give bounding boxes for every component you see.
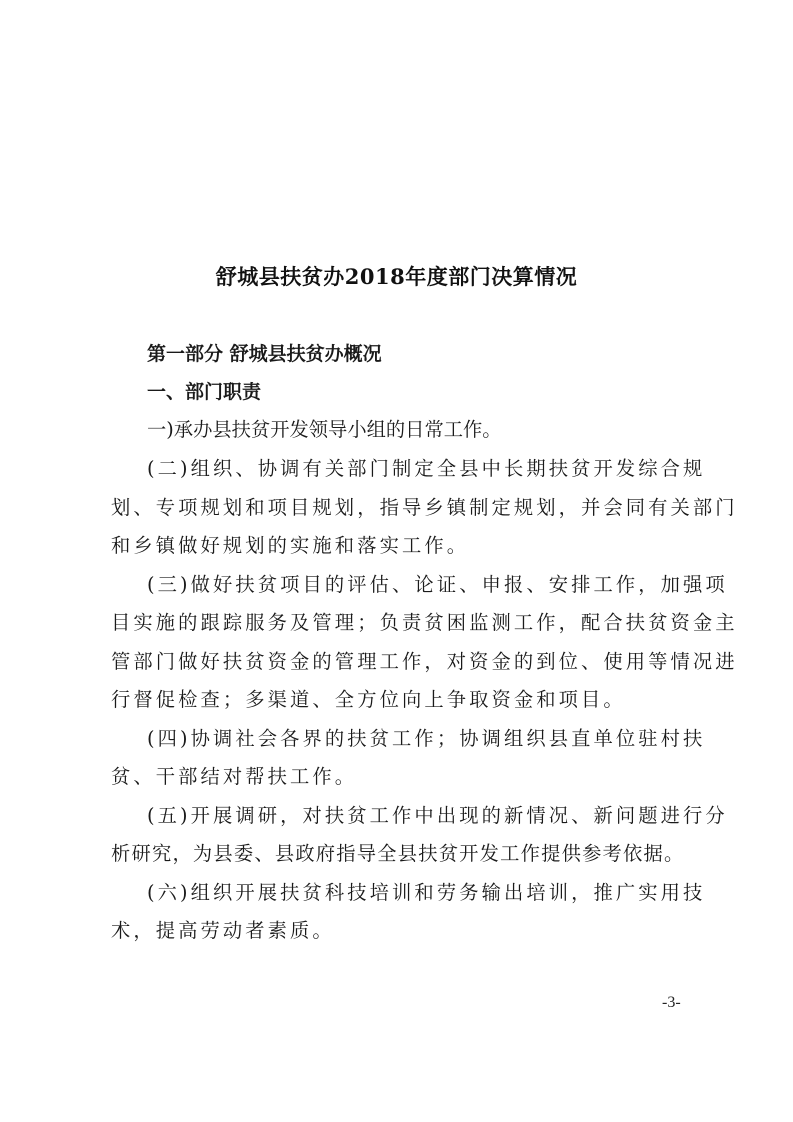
duty-4-line-2: 贫、干部结对帮扶工作。 [111, 764, 691, 790]
duty-3-line-2: 目实施的跟踪服务及管理；负责贫困监测工作，配合扶贫资金主 [111, 610, 691, 636]
document-page: 舒城县扶贫办2018年度部门决算情况 第一部分 舒城县扶贫办概况 一、部门职责 … [0, 0, 793, 1122]
duty-2-line-1: (二)组织、协调有关部门制定全县中长期扶贫开发综合规 [147, 456, 727, 482]
duty-5-line-2: 析研究，为县委、县政府指导全县扶贫开发工作提供参考依据。 [111, 841, 691, 867]
duty-3-line-3: 管部门做好扶贫资金的管理工作，对资金的到位、使用等情况进 [111, 649, 691, 675]
duty-2-line-3: 和乡镇做好规划的实施和落实工作。 [111, 533, 691, 559]
duty-6-line-2: 术，提高劳动者素质。 [111, 918, 691, 944]
duty-4-line-1: (四)协调社会各界的扶贫工作；协调组织县直单位驻村扶 [147, 726, 727, 752]
section-heading: 一、部门职责 [147, 379, 727, 405]
document-title: 舒城县扶贫办2018年度部门决算情况 [0, 262, 793, 292]
duty-3-line-1: (三)做好扶贫项目的评估、论证、申报、安排工作，加强项 [147, 572, 727, 598]
part-heading: 第一部分 舒城县扶贫办概况 [147, 341, 727, 367]
duty-5-line-1: (五)开展调研，对扶贫工作中出现的新情况、新问题进行分 [147, 803, 727, 829]
duty-3-line-4: 行督促检查；多渠道、全方位向上争取资金和项目。 [111, 687, 691, 713]
page-number: -3- [662, 994, 681, 1012]
duty-1: 一)承办县扶贫开发领导小组的日常工作。 [147, 417, 727, 443]
duty-6-line-1: (六)组织开展扶贫科技培训和劳务输出培训，推广实用技 [147, 880, 727, 906]
duty-2-line-2: 划、专项规划和项目规划，指导乡镇制定规划，并会同有关部门 [111, 495, 691, 521]
